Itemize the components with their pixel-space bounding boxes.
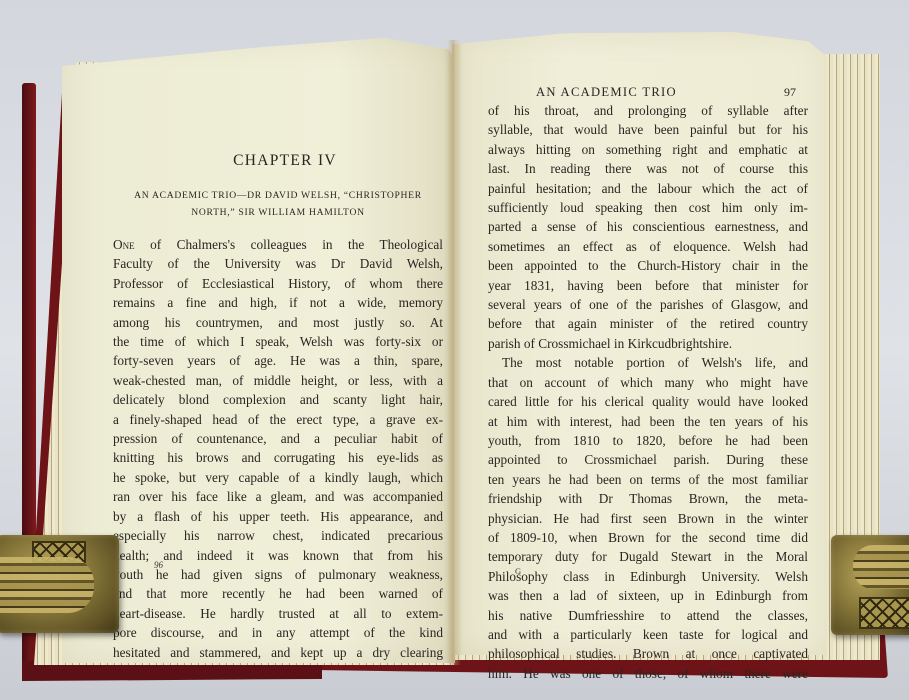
left-page-text: CHAPTER IV An Academic Trio—Dr David Wel… bbox=[113, 150, 443, 662]
body-line: at him with interest, had been the ten y… bbox=[488, 412, 808, 431]
chapter-subtitle-line-1: An Academic Trio—Dr David Welsh, “Christ… bbox=[113, 187, 443, 204]
running-head: AN ACADEMIC TRIO 97 bbox=[488, 85, 808, 100]
body-line: was then a lad of sixteen, up in Edinbur… bbox=[488, 586, 808, 605]
book-gutter bbox=[447, 40, 461, 665]
right-page-text: AN ACADEMIC TRIO 97 of his throat, and p… bbox=[488, 85, 808, 683]
body-line: friendship with Dr Thomas Brown, the met… bbox=[488, 489, 808, 508]
body-line: youth, from 1810 to 1820, before he had … bbox=[488, 431, 808, 450]
body-line: his native Dumfriesshire to attend the c… bbox=[488, 606, 808, 625]
body-line: One of Chalmers's colleagues in the Theo… bbox=[113, 235, 443, 254]
body-line: forty-seven years of age. He was a thin,… bbox=[113, 351, 443, 370]
body-line: that on account of which many who might … bbox=[488, 373, 808, 392]
body-line: weak-chested man, of middle height, or l… bbox=[113, 371, 443, 390]
body-line: Philosophy class in Edinburgh University… bbox=[488, 567, 808, 586]
brass-bookend-left bbox=[0, 535, 119, 633]
body-line: and that more recently he had been warne… bbox=[113, 584, 443, 603]
body-line: of 1809-10, when Brown for the second ti… bbox=[488, 528, 808, 547]
brass-bookend-right bbox=[831, 535, 909, 635]
body-line: philosophical studies. Brown at once cap… bbox=[488, 644, 808, 663]
body-line: Professor of Ecclesiastical History, of … bbox=[113, 274, 443, 293]
body-line: sometimes an effect as of eloquence. Wel… bbox=[488, 237, 808, 256]
body-line: been appointed to the Church-History cha… bbox=[488, 256, 808, 275]
body-line: Faculty of the University was Dr David W… bbox=[113, 254, 443, 273]
signature-mark: G bbox=[515, 566, 521, 576]
body-line: heart-disease. He hardly trusted at all … bbox=[113, 604, 443, 623]
body-line: last. In reading there was not of course… bbox=[488, 159, 808, 178]
chapter-subtitle-line-2: North,” Sir William Hamilton bbox=[113, 204, 443, 221]
body-line: ten years he had been on terms of the mo… bbox=[488, 470, 808, 489]
lattice-ornament-icon bbox=[859, 597, 909, 629]
body-line: painful hesitation; and the labour which… bbox=[488, 179, 808, 198]
body-line: a finely-shaped head of the erect type, … bbox=[113, 410, 443, 429]
body-line: temporary duty for Dugald Stewart in the… bbox=[488, 547, 808, 566]
page-number: 97 bbox=[784, 85, 796, 100]
body-line: ran over his face like a gleam, and was … bbox=[113, 487, 443, 506]
body-line: especially his narrow chest, indicated p… bbox=[113, 526, 443, 545]
body-line: he spoke, but very capable of a kindly l… bbox=[113, 468, 443, 487]
book-photo: CHAPTER IV An Academic Trio—Dr David Wel… bbox=[0, 0, 909, 700]
body-line: parted a sense of his conscientious earn… bbox=[488, 217, 808, 236]
body-line: the time of which I speak, Welsh was for… bbox=[113, 332, 443, 351]
running-head-title: AN ACADEMIC TRIO bbox=[536, 85, 677, 100]
body-line: parish of Crossmichael in Kirkcudbrights… bbox=[488, 334, 808, 353]
body-line: knitting his brows and corrugating his e… bbox=[113, 448, 443, 467]
body-line: physician. He had first seen Brown in th… bbox=[488, 509, 808, 528]
body-line: delicately blond complexion and scanty l… bbox=[113, 390, 443, 409]
body-line: cared little for his clerical quality wo… bbox=[488, 392, 808, 411]
body-line: several years of one of the parishes of … bbox=[488, 295, 808, 314]
body-line: appointed to Crossmichael parish. During… bbox=[488, 450, 808, 469]
body-line: The most notable portion of Welsh's life… bbox=[488, 353, 808, 372]
brass-hand-icon bbox=[853, 545, 909, 589]
body-line: pression of countenance, and a peculiar … bbox=[113, 429, 443, 448]
body-line: syllable, that would have been painful b… bbox=[488, 120, 808, 139]
body-line: sufficiently loud speaking then cost him… bbox=[488, 198, 808, 217]
body-line: and with a particularly keen taste for l… bbox=[488, 625, 808, 644]
body-line: pore discourse, and in any attempt of th… bbox=[113, 623, 443, 642]
chapter-title: CHAPTER IV bbox=[127, 152, 443, 170]
body-line: remains a fine and high, if not a wide, … bbox=[113, 293, 443, 312]
chapter-subtitle: An Academic Trio—Dr David Welsh, “Christ… bbox=[113, 187, 443, 221]
body-line: before that again minister of the retire… bbox=[488, 314, 808, 333]
body-line: by a flash of his upper teeth. His appea… bbox=[113, 507, 443, 526]
body-line: hesitated and stammered, and kept up a d… bbox=[113, 643, 443, 662]
body-line: year 1831, having been before that minis… bbox=[488, 276, 808, 295]
body-line: of his throat, and prolonging of syllabl… bbox=[488, 101, 808, 120]
brass-hand-icon bbox=[0, 557, 94, 613]
body-line: among his countrymen, and most justly so… bbox=[113, 313, 443, 332]
body-line: him. He was one of those, of whom there … bbox=[488, 664, 808, 683]
body-line: always hitting on something right and em… bbox=[488, 140, 808, 159]
drop-word: One bbox=[113, 237, 135, 252]
left-page-folio: 96 bbox=[154, 560, 163, 570]
